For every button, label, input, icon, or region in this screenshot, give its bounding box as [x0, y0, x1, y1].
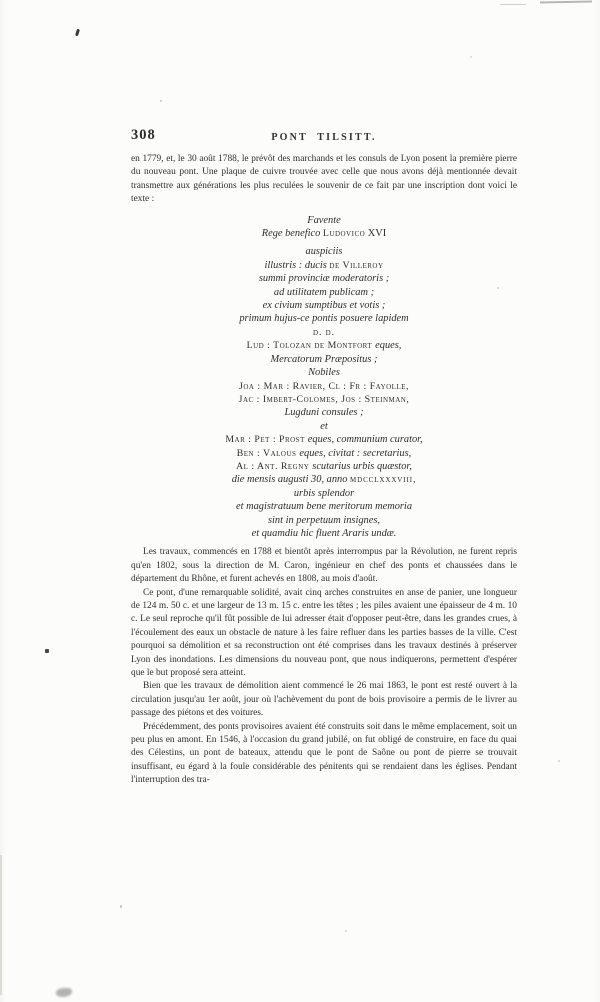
inscription-segment: die mensis augusti 30, anno	[232, 474, 350, 485]
book-page: 308 PONT TILSITT. en 1779, et, le 30 aoû…	[0, 0, 600, 1002]
inscription-segment: Ben : Valous	[237, 448, 300, 459]
inscription-line: Mar : Pet : Prost eques, communium curat…	[131, 433, 517, 446]
intro-paragraph: en 1779, et, le 30 août 1788, le prévôt …	[131, 153, 517, 207]
scan-artifact	[75, 29, 80, 37]
inscription-line: primum hujus-ce pontis posuere lapidem	[131, 312, 517, 325]
inscription-segment: Lugduni consules ;	[284, 407, 363, 418]
body-paragraph: Bien que les travaux de démolition aient…	[131, 680, 517, 720]
inscription-segment: Favente	[307, 215, 340, 226]
scan-speck	[497, 287, 499, 289]
running-title: PONT TILSITT.	[131, 130, 517, 143]
inscription-segment: XVI	[365, 228, 386, 239]
scan-artifact	[500, 4, 526, 5]
scan-artifact	[540, 1, 592, 4]
inscription-segment: eques,	[375, 340, 401, 351]
inscription-segment: eques, civitat : secretarius,	[299, 448, 411, 459]
inscription-line: ad utilitatem publicam ;	[131, 286, 517, 299]
page-number: 308	[131, 127, 156, 144]
inscription-segment: scutarius urbis quæstor,	[312, 461, 412, 472]
inscription-line: Rege benefico Ludovico XVI	[131, 227, 517, 240]
scan-speck	[558, 760, 560, 762]
inscription-line: Favente	[131, 214, 517, 227]
inscription-segment: Al : Ant. Regny	[236, 461, 312, 472]
page-header: 308 PONT TILSITT.	[131, 130, 517, 153]
scan-speck	[470, 56, 472, 58]
inscription-segment: D. D.	[313, 327, 335, 338]
inscription-segment: eques, communium curator,	[308, 434, 423, 445]
inscription-segment: Ludovico	[323, 228, 365, 239]
inscription-line: Mercatorum Præpositus ;	[131, 353, 517, 366]
inscription-line: Joa : Mar : Ravier, Cl : Fr : Fayolle,	[131, 380, 517, 393]
inscription-segment: Lud : Tolozan de Montfort	[247, 340, 376, 351]
body-paragraph: Ce pont, d'une remarquable solidité, ava…	[131, 587, 517, 681]
inscription-line: urbis splendor	[131, 487, 517, 500]
inscription-line: ex civium sumptibus et votis ;	[131, 299, 517, 312]
page-content: 308 PONT TILSITT. en 1779, et, le 30 aoû…	[131, 130, 517, 788]
inscription-segment: et	[320, 421, 328, 432]
inscription-segment: de Villeroy	[329, 260, 383, 271]
inscription-line: Ben : Valous eques, civitat : secretariu…	[131, 447, 517, 460]
inscription-line: et magistratuum bene meritorum memoria	[131, 500, 517, 513]
inscription-segment: ad utilitatem publicam ;	[274, 287, 374, 298]
inscription-line: summi provinciæ moderatoris ;	[131, 272, 517, 285]
inscription-segment: illustris : ducis	[264, 260, 329, 271]
inscription-segment: Mercatorum Præpositus ;	[271, 354, 378, 365]
inscription-block: FaventeRege benefico Ludovico XVIauspici…	[131, 214, 517, 541]
inscription-segment: urbis splendor	[294, 488, 354, 499]
inscription-line: sint in perpetuum insignes,	[131, 514, 517, 527]
scan-speck	[160, 100, 162, 102]
inscription-segment: sint in perpetuum insignes,	[268, 515, 380, 526]
scan-artifact	[0, 855, 2, 995]
body-paragraphs: Les travaux, commencés en 1788 et bientô…	[131, 546, 517, 787]
inscription-line: Nobiles	[131, 366, 517, 379]
inscription-segment: summi provinciæ moderatoris ;	[259, 273, 389, 284]
inscription-line: et	[131, 420, 517, 433]
inscription-segment: Nobiles	[308, 367, 340, 378]
scan-speck	[345, 930, 347, 932]
inscription-line: et quamdiu hic fluent Araris undæ.	[131, 527, 517, 540]
inscription-segment: Rege benefico	[262, 228, 323, 239]
inscription-segment: ex civium sumptibus et votis ;	[263, 300, 386, 311]
inscription-segment: Mar : Pet : Prost	[225, 434, 307, 445]
inscription-line: D. D.	[131, 326, 517, 339]
inscription-line: Lugduni consules ;	[131, 406, 517, 419]
inscription-line: Lud : Tolozan de Montfort eques,	[131, 339, 517, 352]
inscription-segment: Joa : Mar : Ravier, Cl : Fr : Fayolle,	[239, 381, 409, 392]
inscription-segment: Jac : Imbert-Colomes, Jos : Steinman,	[239, 394, 410, 405]
inscription-line: auspiciis	[131, 245, 517, 258]
inscription-segment: MDCCLXXXVIII,	[350, 474, 416, 485]
scan-speck	[120, 905, 122, 908]
inscription-line: illustris : ducis de Villeroy	[131, 259, 517, 272]
inscription-segment: primum hujus-ce pontis posuere lapidem	[239, 313, 408, 324]
body-paragraph: Précédemment, des ponts provisoires avai…	[131, 721, 517, 788]
inscription-line: Al : Ant. Regny scutarius urbis quæstor,	[131, 460, 517, 473]
inscription-segment: auspiciis	[306, 246, 343, 257]
scan-artifact	[45, 649, 49, 653]
inscription-line: Jac : Imbert-Colomes, Jos : Steinman,	[131, 393, 517, 406]
scan-artifact	[56, 988, 72, 997]
inscription-segment: et magistratuum bene meritorum memoria	[236, 501, 412, 512]
inscription-line: die mensis augusti 30, anno MDCCLXXXVIII…	[131, 473, 517, 486]
body-paragraph: Les travaux, commencés en 1788 et bientô…	[131, 546, 517, 586]
inscription-segment: et quamdiu hic fluent Araris undæ.	[252, 528, 397, 539]
